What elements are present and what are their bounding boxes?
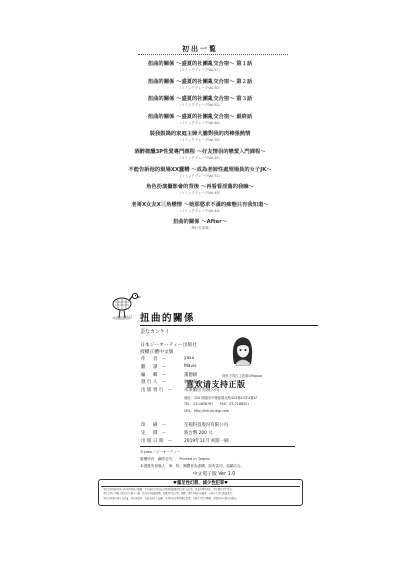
title-divider bbox=[140, 325, 318, 326]
credit-value: 林宏南 bbox=[184, 379, 197, 385]
credit-value: Mavis bbox=[184, 364, 197, 369]
notice-line: 本作品僅適合成年人閱讀，請妥善保管，勿讓未成年人接觸。本書內容受著作權法保護，未… bbox=[103, 497, 298, 501]
notice-divider bbox=[101, 486, 300, 487]
credit-value: 未來數位有限公司 bbox=[184, 387, 219, 393]
credit-key: 翻 譯 ー bbox=[141, 364, 177, 370]
credit-key: 印 刷 ー bbox=[141, 422, 177, 428]
credit-key: 出版日期 ー bbox=[141, 438, 177, 444]
legal-notes: ©yasu／ジーオーティー 版權所有 翻印必究 Printed in Taiwa… bbox=[140, 450, 320, 471]
ostrich-mascot-icon bbox=[110, 292, 142, 322]
credit-row-translator: 翻 譯 ーMavis bbox=[140, 364, 320, 372]
credit-key: 發行人 ー bbox=[141, 379, 177, 385]
notice-body: 本作品所描述的所有內容僅供成人娛樂，不代表作者及出版社贊同或鼓勵書中的任何行為。… bbox=[103, 488, 298, 501]
notice-heading: ♥滿足性幻想，減少性犯罪♥ bbox=[99, 480, 302, 486]
credit-value: 董德穎 bbox=[184, 372, 197, 378]
publisher-url: URL：http://future-digi.com bbox=[140, 408, 320, 415]
book-subtitle: 歪なカンケイ bbox=[140, 328, 170, 335]
credit-value: 新台幣 200 元 bbox=[184, 430, 213, 436]
credit-row-price: 定 價 ー新台幣 200 元 bbox=[140, 430, 320, 438]
credit-key: 編 輯 ー bbox=[141, 372, 177, 378]
notice-box: ♥滿足性幻想，減少性犯罪♥ 本作品所描述的所有內容僅供成人娛樂，不代表作者及出版… bbox=[98, 479, 303, 506]
license-label: 授權正體中文版 bbox=[140, 348, 174, 355]
credits-list: 作 者 ーyasu 翻 譯 ーMavis 編 輯 ー董德穎 發行人 ー林宏南 出… bbox=[140, 356, 320, 414]
publisher-name: 日本ジーオーティー出版社 bbox=[140, 341, 197, 348]
credit-key: 定 價 ー bbox=[141, 430, 177, 436]
version-label: 中文電子版 Ver 1.0 bbox=[0, 470, 400, 477]
copyright-line: ©yasu／ジーオーティー bbox=[140, 450, 320, 457]
credit-row-editor: 編 輯 ー董德穎 bbox=[140, 372, 320, 380]
credit-key: 出版發行 ー bbox=[141, 387, 177, 393]
credit-row-printer: 印 刷 ー笙楊科技股份有限公司 bbox=[140, 422, 320, 430]
book-title: 扭曲的關係 bbox=[140, 310, 195, 324]
credit-row-issuer: 發行人 ー林宏南 bbox=[140, 379, 320, 387]
rights-line: 版權所有 翻印必究 Printed in Taiwan bbox=[140, 457, 320, 464]
credit-row-date: 出版日期 ー2019年11月 初版一刷 bbox=[140, 438, 320, 446]
print-info-list: 印 刷 ー笙楊科技股份有限公司 定 價 ー新台幣 200 元 出版日期 ー201… bbox=[140, 422, 320, 445]
colophon-section: 扭曲的關係 歪なカンケイ 日本ジーオーティー出版社 授權正體中文版 商家不得自主… bbox=[0, 0, 400, 561]
print-info-divider bbox=[140, 446, 295, 447]
credit-value: yasu bbox=[184, 356, 194, 361]
credit-row-author: 作 者 ーyasu bbox=[140, 356, 320, 364]
credit-key: 作 者 ー bbox=[141, 356, 177, 362]
credit-value: 笙楊科技股份有限公司 bbox=[184, 422, 228, 428]
credit-value: 2019年11月 初版一刷 bbox=[184, 438, 229, 444]
credit-row-publisher: 出版發行 ー未來數位有限公司 bbox=[140, 387, 320, 395]
